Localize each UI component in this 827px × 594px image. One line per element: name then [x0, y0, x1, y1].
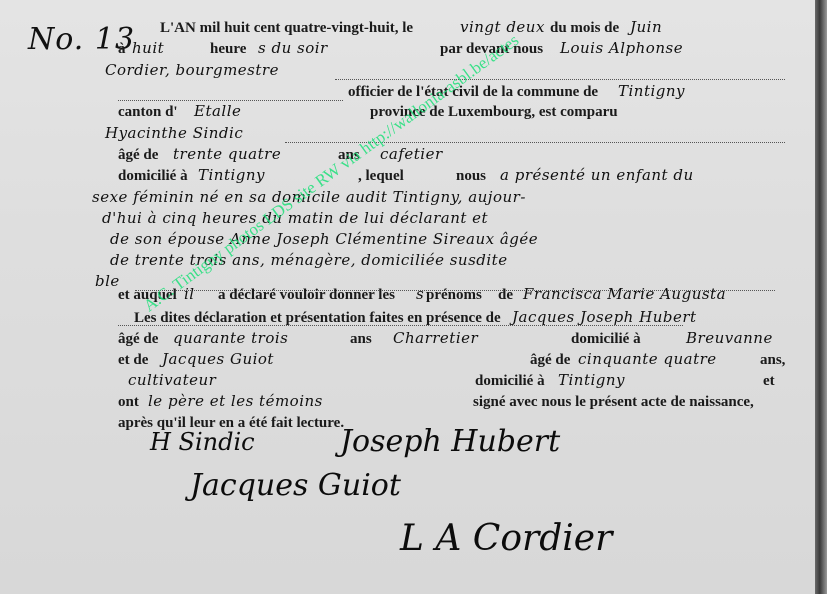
line-witness-2: et de Jacques Guiot âgé de cinquante qua…	[118, 352, 808, 372]
line-declarant: Hyacinthe Sindic	[105, 126, 805, 146]
signature-cordier: L A Cordier	[400, 518, 612, 559]
line-hour: à huit heure s du soir par devant nous L…	[118, 41, 808, 61]
line-body-1: sexe féminin né en sa domicile audit Tin…	[92, 190, 802, 210]
line-canton: canton d' Etalle province de Luxembourg,…	[118, 104, 808, 124]
line-witnesses: Les dites déclaration et présentation fa…	[134, 310, 814, 330]
line-signed: ont le père et les témoins signé avec no…	[118, 394, 808, 414]
signature-sindic: H Sindic	[150, 428, 255, 456]
line-body-2: d'hui à cinq heures du matin de lui décl…	[102, 211, 802, 231]
line-age-profession: âgé de trente quatre ans cafetier	[118, 147, 808, 167]
page-edge	[815, 0, 827, 594]
line-prenoms: et auquel il a déclaré vouloir donner le…	[118, 287, 808, 307]
signature-guiot: Jacques Guiot	[190, 468, 401, 503]
line-date: L'AN mil huit cent quatre-vingt-huit, le…	[160, 20, 800, 40]
line-witness-2-domicile: cultivateur domicilié à Tintigny et	[118, 373, 808, 393]
signature-hubert: Joseph Hubert	[340, 424, 560, 459]
line-witness-1: âgé de quarante trois ans Charretier dom…	[118, 331, 808, 351]
line-domicile: domicilié à Tintigny , lequel nous a pré…	[118, 168, 808, 188]
